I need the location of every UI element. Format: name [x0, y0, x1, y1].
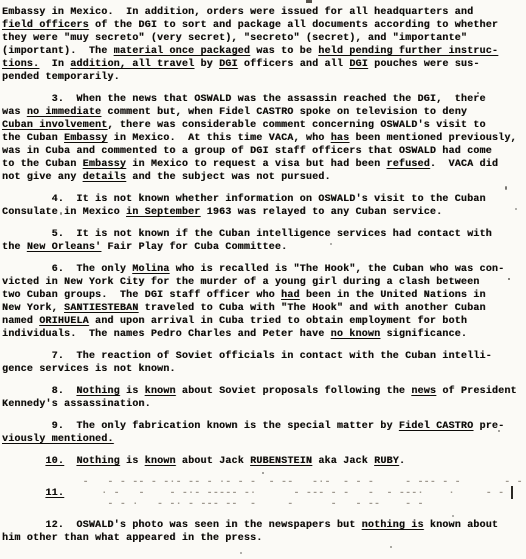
paragraph-11-redacted-line-3: - - · - -· - --- -- - - - - -- - - — [2, 499, 524, 510]
paragraph-5-line-2: the New Orleans' Fair Play for Cuba Comm… — [2, 241, 524, 254]
paragraph-5-line-1: 5. It is not known if the Cuban intellig… — [2, 228, 524, 241]
paragraph-6-line-6: individuals. The names Pedro Charles and… — [2, 328, 524, 341]
paragraph-4-line-2: Consulate in Mexico in September 1963 wa… — [2, 206, 524, 219]
paragraph-3: 3. When the news that OSWALD was the ass… — [2, 93, 524, 184]
paragraph-continuation-line-2: field officers of the DGI to sort and pa… — [2, 19, 524, 32]
paragraph-continuation-line-1: Embassy in Mexico. In addition, orders w… — [2, 6, 524, 19]
paragraph-8-line-2: Kennedy's assassination. — [2, 398, 524, 411]
paragraph-8-line-1: 8. Nothing is known about Soviet proposa… — [2, 385, 524, 398]
paragraph-3-line-6: to the Cuban Embassy in Mexico to reques… — [2, 158, 524, 171]
scan-noise — [477, 92, 479, 94]
scanned-document-page: Embassy in Mexico. In addition, orders w… — [0, 0, 526, 559]
paragraph-3-line-4: the Cuban Embassy in Mexico. At this tim… — [2, 132, 524, 145]
paragraph-continuation-line-5: tions. In addition, all travel by DGI of… — [2, 58, 524, 71]
paragraph-6-line-5: named ORIHUELA and upon arrival in Cuba … — [2, 315, 524, 328]
paragraph-7: 7. The reaction of Soviet officials in c… — [2, 350, 524, 376]
paragraph-continuation-line-4: (important). The material once packaged … — [2, 45, 524, 58]
paragraph-12-line-2: him other than what appeared in the pres… — [2, 532, 524, 545]
paragraph-9: 9. The only fabrication known is the spe… — [2, 420, 524, 446]
scan-noise — [30, 282, 32, 285]
document-body: Embassy in Mexico. In addition, orders w… — [0, 0, 526, 545]
scan-noise — [498, 430, 500, 432]
paragraph-continuation-line-6: pended temporarily. — [2, 71, 524, 84]
paragraph-6-line-3: two Cuban groups. The DGI staff officer … — [2, 289, 524, 302]
paragraph-4: 4. It is not known whether information o… — [2, 193, 524, 219]
paragraph-12: 12. OSWALD's photo was seen in the newsp… — [2, 519, 524, 545]
scan-noise — [262, 472, 264, 474]
scan-noise — [508, 278, 510, 280]
paragraph-3-line-7: not give any details and the subject was… — [2, 171, 524, 184]
paragraph-continuation-line-3: they were "muy secreto" (very secret), "… — [2, 32, 524, 45]
paragraph-3-line-3: Cuban involvement, there was considerabl… — [2, 119, 524, 132]
scan-noise — [240, 552, 242, 554]
paragraph-3-line-5: was in Cuba and commented to a group of … — [2, 145, 524, 158]
paragraph-10: 10. Nothing is known about Jack RUBENSTE… — [2, 455, 524, 468]
paragraph-6-line-2: victed in New York City for the murder o… — [2, 276, 524, 289]
paragraph-6-line-4: New York, SANTIESTEBAN traveled to Cuba … — [2, 302, 524, 315]
scan-noise — [505, 186, 507, 190]
scan-noise-bar — [511, 486, 513, 499]
scan-noise — [330, 243, 332, 245]
scan-noise — [515, 208, 517, 210]
paragraph-7-line-2: gence services is not known. — [2, 363, 524, 376]
scan-noise — [452, 515, 454, 517]
paragraph-11-redacted: - - - -- - -·- -- - ·- - - - -- -·- - - … — [2, 477, 524, 510]
paragraph-11-redacted-line-1: - - - -- - -·- -- - ·- - - - -- -·- - - … — [2, 477, 524, 488]
paragraph-6: 6. The only Molina who is recalled is "T… — [2, 263, 524, 341]
paragraph-9-line-2: viously mentioned. — [2, 433, 524, 446]
paragraph-9-line-1: 9. The only fabrication known is the spe… — [2, 420, 524, 433]
paragraph-12-line-1: 12. OSWALD's photo was seen in the newsp… — [2, 519, 524, 532]
paragraph-10-line-1: 10. Nothing is known about Jack RUBENSTE… — [2, 455, 524, 468]
paragraph-3-line-2: was no immediate comment but, when Fidel… — [2, 106, 524, 119]
paragraph-6-line-1: 6. The only Molina who is recalled is "T… — [2, 263, 524, 276]
paragraph-8: 8. Nothing is known about Soviet proposa… — [2, 385, 524, 411]
paragraph-4-line-1: 4. It is not known whether information o… — [2, 193, 524, 206]
scan-noise — [60, 212, 62, 215]
paragraph-11-redacted-line-2: 11. · - - - -·- ----- -· - --- - - - - -… — [2, 488, 524, 499]
paragraph-5: 5. It is not known if the Cuban intellig… — [2, 228, 524, 254]
paragraph-continuation: Embassy in Mexico. In addition, orders w… — [2, 6, 524, 84]
scan-noise — [390, 546, 392, 548]
paragraph-3-line-1: 3. When the news that OSWALD was the ass… — [2, 93, 524, 106]
paragraph-7-line-1: 7. The reaction of Soviet officials in c… — [2, 350, 524, 363]
